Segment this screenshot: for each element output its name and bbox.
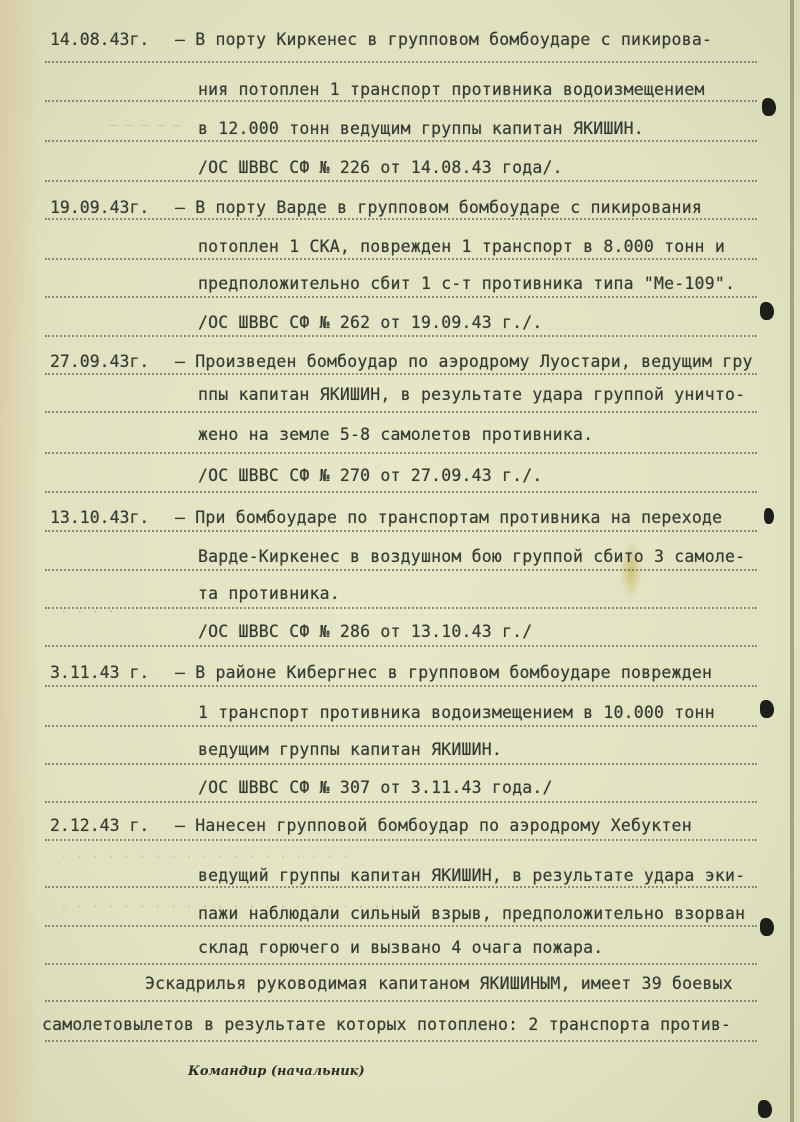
- entry-text-line: ппы капитан ЯКИШИН, в результате удара г…: [198, 385, 745, 405]
- entry-text-line: та противника.: [198, 584, 340, 604]
- ruled-line: [45, 335, 757, 337]
- ruled-line: [45, 100, 757, 102]
- entry-date: 3.11.43 г.: [50, 663, 149, 683]
- ruled-line: [45, 886, 757, 888]
- bleed-through-text: · · · · · · · · · · · · · · · · · · ·: [60, 850, 350, 865]
- entry-text-line: – Нанесен групповой бомбоудар по аэродро…: [175, 816, 692, 836]
- entry-date: 14.08.43г.: [50, 30, 149, 50]
- entry-text-line: в 12.000 тонн ведущим группы капитан ЯКИ…: [198, 119, 644, 139]
- page-edge: [790, 0, 794, 1122]
- ruled-line: [45, 801, 757, 803]
- ruled-line: [45, 491, 757, 493]
- ruled-line: [45, 963, 757, 965]
- ruled-line: [45, 452, 757, 454]
- ruled-line: [45, 763, 757, 765]
- entry-text-line: жено на земле 5-8 самолетов противника.: [198, 425, 593, 445]
- entry-date: 19.09.43г.: [50, 198, 149, 218]
- punch-hole: [760, 918, 774, 936]
- signature-label: Командир (начальник): [188, 1064, 365, 1079]
- ruled-line: [45, 839, 757, 841]
- ruled-line: [45, 530, 757, 532]
- ruled-line: [45, 373, 757, 375]
- ruled-line: [45, 725, 757, 727]
- punch-hole: [762, 98, 776, 116]
- summary-line: Эскадрилья руководимая капитаном ЯКИШИНЫ…: [145, 974, 733, 994]
- ruled-line: [45, 61, 757, 63]
- entry-text-line: – В районе Кибергнес в групповом бомбоуд…: [175, 663, 712, 683]
- ruled-line: [45, 569, 757, 571]
- entry-reference: /ОС ШВВС СФ № 262 от 19.09.43 г./.: [198, 313, 543, 333]
- punch-hole: [760, 700, 774, 718]
- entry-reference: /ОС ШВВС СФ № 307 от 3.11.43 года./: [198, 778, 553, 798]
- ruled-line: [45, 1040, 757, 1042]
- entry-text-line: – В порту Варде в групповом бомбоударе с…: [175, 198, 702, 218]
- bleed-through-text: — — — — —: [110, 118, 180, 133]
- entry-text-line: предположительно сбит 1 с-т противника т…: [198, 274, 735, 294]
- punch-hole: [764, 508, 774, 524]
- entry-date: 13.10.43г.: [50, 508, 149, 528]
- entry-text-line: ведущим группы капитан ЯКИШИН.: [198, 740, 502, 760]
- entry-text-line: ведущий группы капитан ЯКИШИН, в результ…: [198, 866, 745, 886]
- entry-reference: /ОС ШВВС СФ № 226 от 14.08.43 года/.: [198, 158, 563, 178]
- punch-hole: [760, 302, 774, 320]
- ruled-line: [45, 218, 757, 220]
- ruled-line: [45, 925, 757, 927]
- ruled-line: [45, 607, 757, 609]
- entry-text-line: – При бомбоударе по транспортам противни…: [175, 508, 722, 528]
- entry-text-line: Варде-Киркенес в воздушном бою группой с…: [198, 547, 745, 567]
- entry-text-line: склад горючего и вызвано 4 очага пожара.: [198, 938, 603, 958]
- entry-text-line: ния потоплен 1 транспорт противника водо…: [198, 80, 705, 100]
- ruled-line: [45, 1000, 757, 1002]
- entry-text-line: – Произведен бомбоудар по аэродрому Луос…: [175, 352, 753, 372]
- entry-text-line: – В порту Киркенес в групповом бомбоудар…: [175, 30, 712, 50]
- entry-date: 27.09.43г.: [50, 352, 149, 372]
- entry-text-line: 1 транспорт противника водоизмещением в …: [198, 703, 715, 723]
- entry-reference: /ОС ШВВС СФ № 270 от 27.09.43 г./.: [198, 466, 543, 486]
- punch-hole: [758, 1100, 772, 1118]
- ruled-line: [45, 180, 757, 182]
- ruled-line: [45, 296, 757, 298]
- entry-date: 2.12.43 г.: [50, 816, 149, 836]
- entry-text-line: пажи наблюдали сильный взрыв, предположи…: [198, 904, 745, 924]
- summary-line: самолетовылетов в результате которых пот…: [42, 1015, 731, 1035]
- ruled-line: [45, 258, 757, 260]
- ruled-line: [45, 411, 757, 413]
- entry-text-line: потоплен 1 СКА, поврежден 1 транспорт в …: [198, 237, 725, 257]
- ruled-line: [45, 140, 757, 142]
- ruled-line: [45, 645, 757, 647]
- entry-reference: /ОС ШВВС СФ № 286 от 13.10.43 г./: [198, 622, 532, 642]
- ruled-line: [45, 685, 757, 687]
